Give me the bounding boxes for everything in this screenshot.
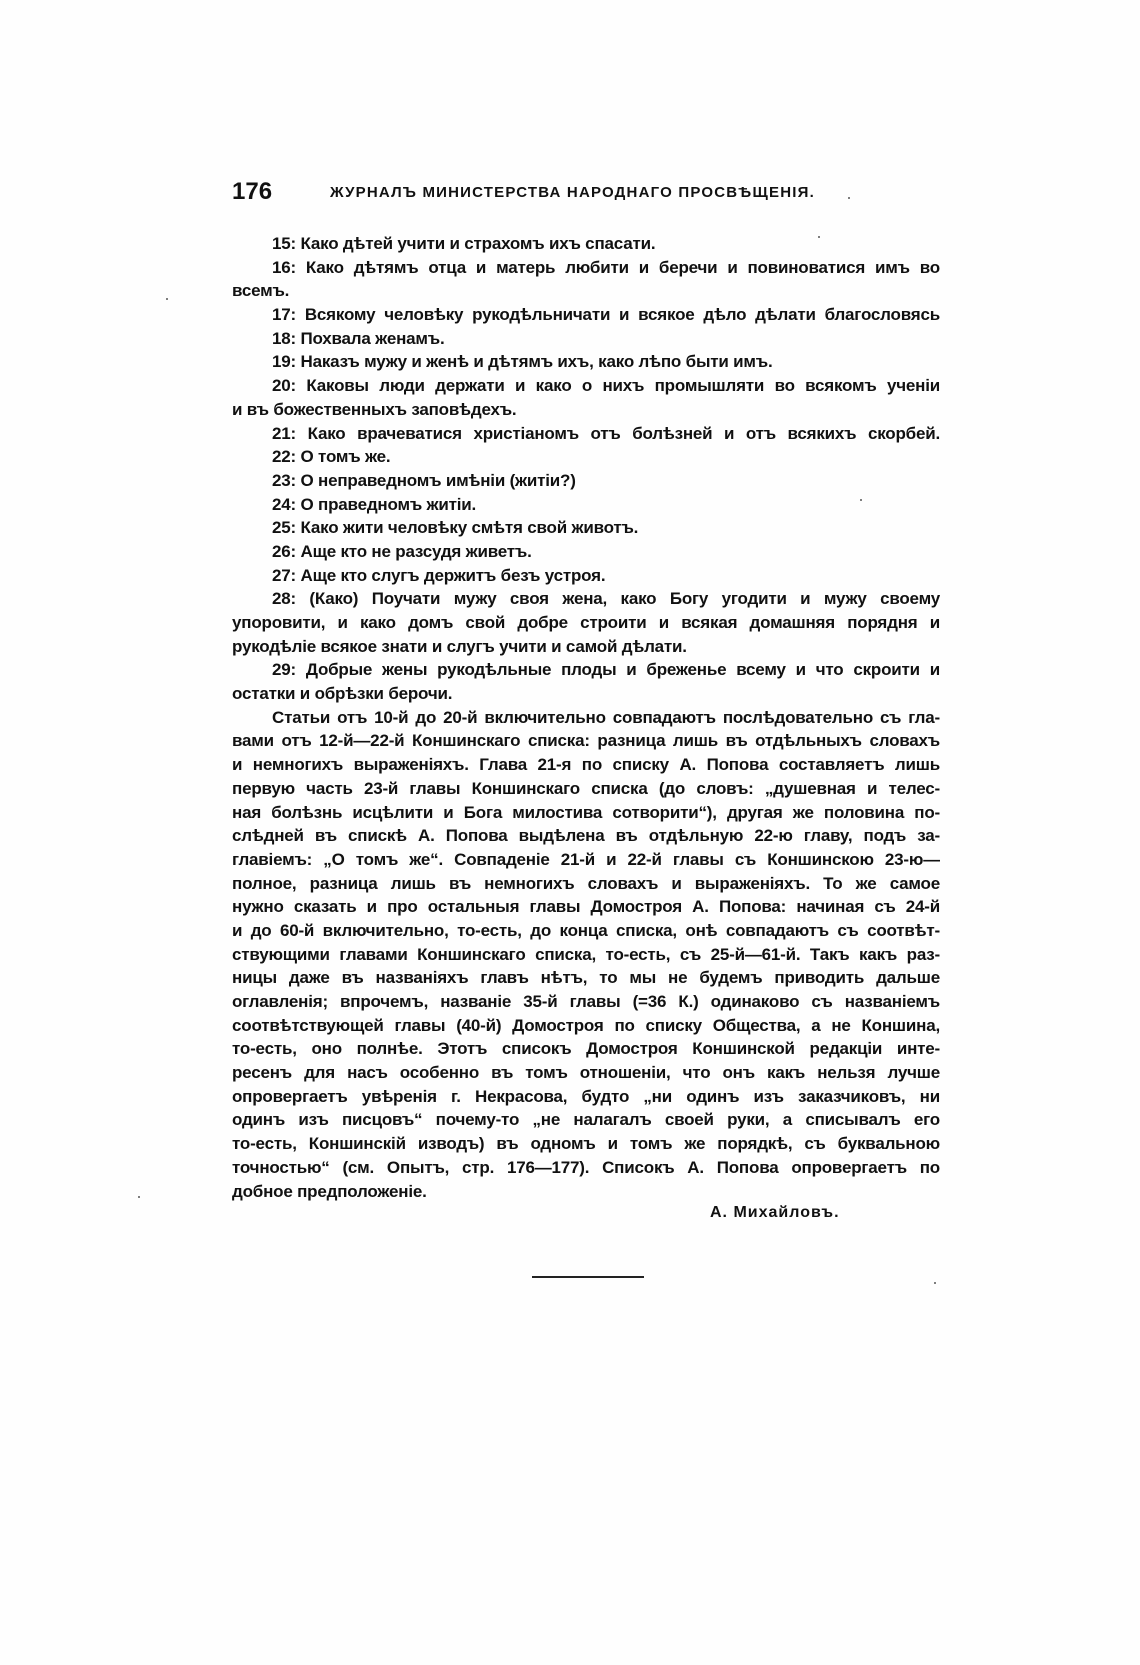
text-line: 27: Аще кто слугъ держитъ безъ устроя. bbox=[232, 564, 940, 588]
text-line: ствующими главами Коншинскаго списка, то… bbox=[232, 943, 940, 967]
scan-speck bbox=[138, 1196, 140, 1198]
scan-speck bbox=[166, 298, 168, 300]
body-text: 15: Како дѣтей учити и страхомъ ихъ спас… bbox=[232, 232, 940, 1203]
section-divider bbox=[532, 1276, 644, 1278]
author-signature: А. Михайловъ. bbox=[710, 1204, 840, 1222]
text-line: оглавленія; впрочемъ, названіе 35-й глав… bbox=[232, 990, 940, 1014]
text-line: 18: Похвала женамъ. bbox=[232, 327, 940, 351]
text-line: и въ божественныхъ заповѣдехъ. bbox=[232, 398, 940, 422]
text-line: 19: Наказъ мужу и женѣ и дѣтямъ ихъ, как… bbox=[232, 350, 940, 374]
text-line: 17: Всякому человѣку рукодѣльничати и вс… bbox=[232, 303, 940, 327]
text-line: точностью“ (см. Опытъ, стр. 176—177). Сп… bbox=[232, 1156, 940, 1180]
text-line: 16: Како дѣтямъ отца и матерь любити и б… bbox=[232, 256, 940, 280]
text-line: 28: (Како) Поучати мужу своя жена, како … bbox=[232, 587, 940, 611]
text-line: вами отъ 12-й—22-й Коншинскаго списка: р… bbox=[232, 729, 940, 753]
page-number: 176 bbox=[232, 178, 272, 206]
text-line: то-есть, Коншинскій изводъ) въ одномъ и … bbox=[232, 1132, 940, 1156]
scan-speck bbox=[934, 1282, 936, 1284]
text-line: 20: Каковы люди держати и како о нихъ пр… bbox=[232, 374, 940, 398]
text-line: остатки и обрѣзки берочи. bbox=[232, 682, 940, 706]
text-line: упоровити, и како домъ свой добре строит… bbox=[232, 611, 940, 635]
text-line: всемъ. bbox=[232, 279, 940, 303]
page-header: 176 ЖУРНАЛЪ МИНИСТЕРСТВА НАРОДНАГО ПРОСВ… bbox=[232, 178, 952, 210]
text-line: то-есть, оно полнѣе. Этотъ списокъ Домос… bbox=[232, 1037, 940, 1061]
scan-speck bbox=[860, 499, 862, 501]
text-line: ницы даже въ названіяхъ главъ нѣтъ, то м… bbox=[232, 966, 940, 990]
text-line: 21: Како врачеватися христіаномъ отъ бол… bbox=[232, 422, 940, 446]
text-line: первую часть 23-й главы Коншинскаго спис… bbox=[232, 777, 940, 801]
text-line: 23: О неправедномъ имѣніи (житіи?) bbox=[232, 469, 940, 493]
text-line: и немногихъ выраженіяхъ. Глава 21-я по с… bbox=[232, 753, 940, 777]
text-line: 22: О томъ же. bbox=[232, 445, 940, 469]
text-line: нужно сказать и про остальныя главы Домо… bbox=[232, 895, 940, 919]
text-line: и до 60-й включительно, то-есть, до конц… bbox=[232, 919, 940, 943]
text-line: добное предположеніе. bbox=[232, 1180, 940, 1204]
running-head: ЖУРНАЛЪ МИНИСТЕРСТВА НАРОДНАГО ПРОСВѢЩЕН… bbox=[330, 184, 815, 201]
text-line: 29: Добрые жены рукодѣльные плоды и бреж… bbox=[232, 658, 940, 682]
text-line: ная болѣзнь исцѣлити и Бога милостива со… bbox=[232, 801, 940, 825]
text-line: 26: Аще кто не разсудя живетъ. bbox=[232, 540, 940, 564]
text-line: Статьи отъ 10-й до 20-й включительно сов… bbox=[232, 706, 940, 730]
scan-speck bbox=[848, 197, 850, 199]
text-line: 24: О праведномъ житіи. bbox=[232, 493, 940, 517]
text-line: 15: Како дѣтей учити и страхомъ ихъ спас… bbox=[232, 232, 940, 256]
text-line: слѣдней въ спискѣ А. Попова выдѣлена въ … bbox=[232, 824, 940, 848]
text-line: опровергаетъ увѣренія г. Некрасова, будт… bbox=[232, 1085, 940, 1109]
scanned-page: 176 ЖУРНАЛЪ МИНИСТЕРСТВА НАРОДНАГО ПРОСВ… bbox=[0, 0, 1140, 1665]
text-line: соотвѣтствующей главы (40-й) Домостроя п… bbox=[232, 1014, 940, 1038]
text-line: полное, разница лишь въ немногихъ словах… bbox=[232, 872, 940, 896]
text-line: главіемъ: „О томъ же“. Совпаденіе 21-й и… bbox=[232, 848, 940, 872]
scan-speck bbox=[818, 236, 820, 238]
text-line: рукодѣліе всякое знати и слугъ учити и с… bbox=[232, 635, 940, 659]
text-line: ресенъ для насъ особенно въ томъ отношен… bbox=[232, 1061, 940, 1085]
text-line: одинъ изъ писцовъ“ почему-то „не налагал… bbox=[232, 1108, 940, 1132]
text-line: 25: Како жити человѣку смѣтя свой животъ… bbox=[232, 516, 940, 540]
